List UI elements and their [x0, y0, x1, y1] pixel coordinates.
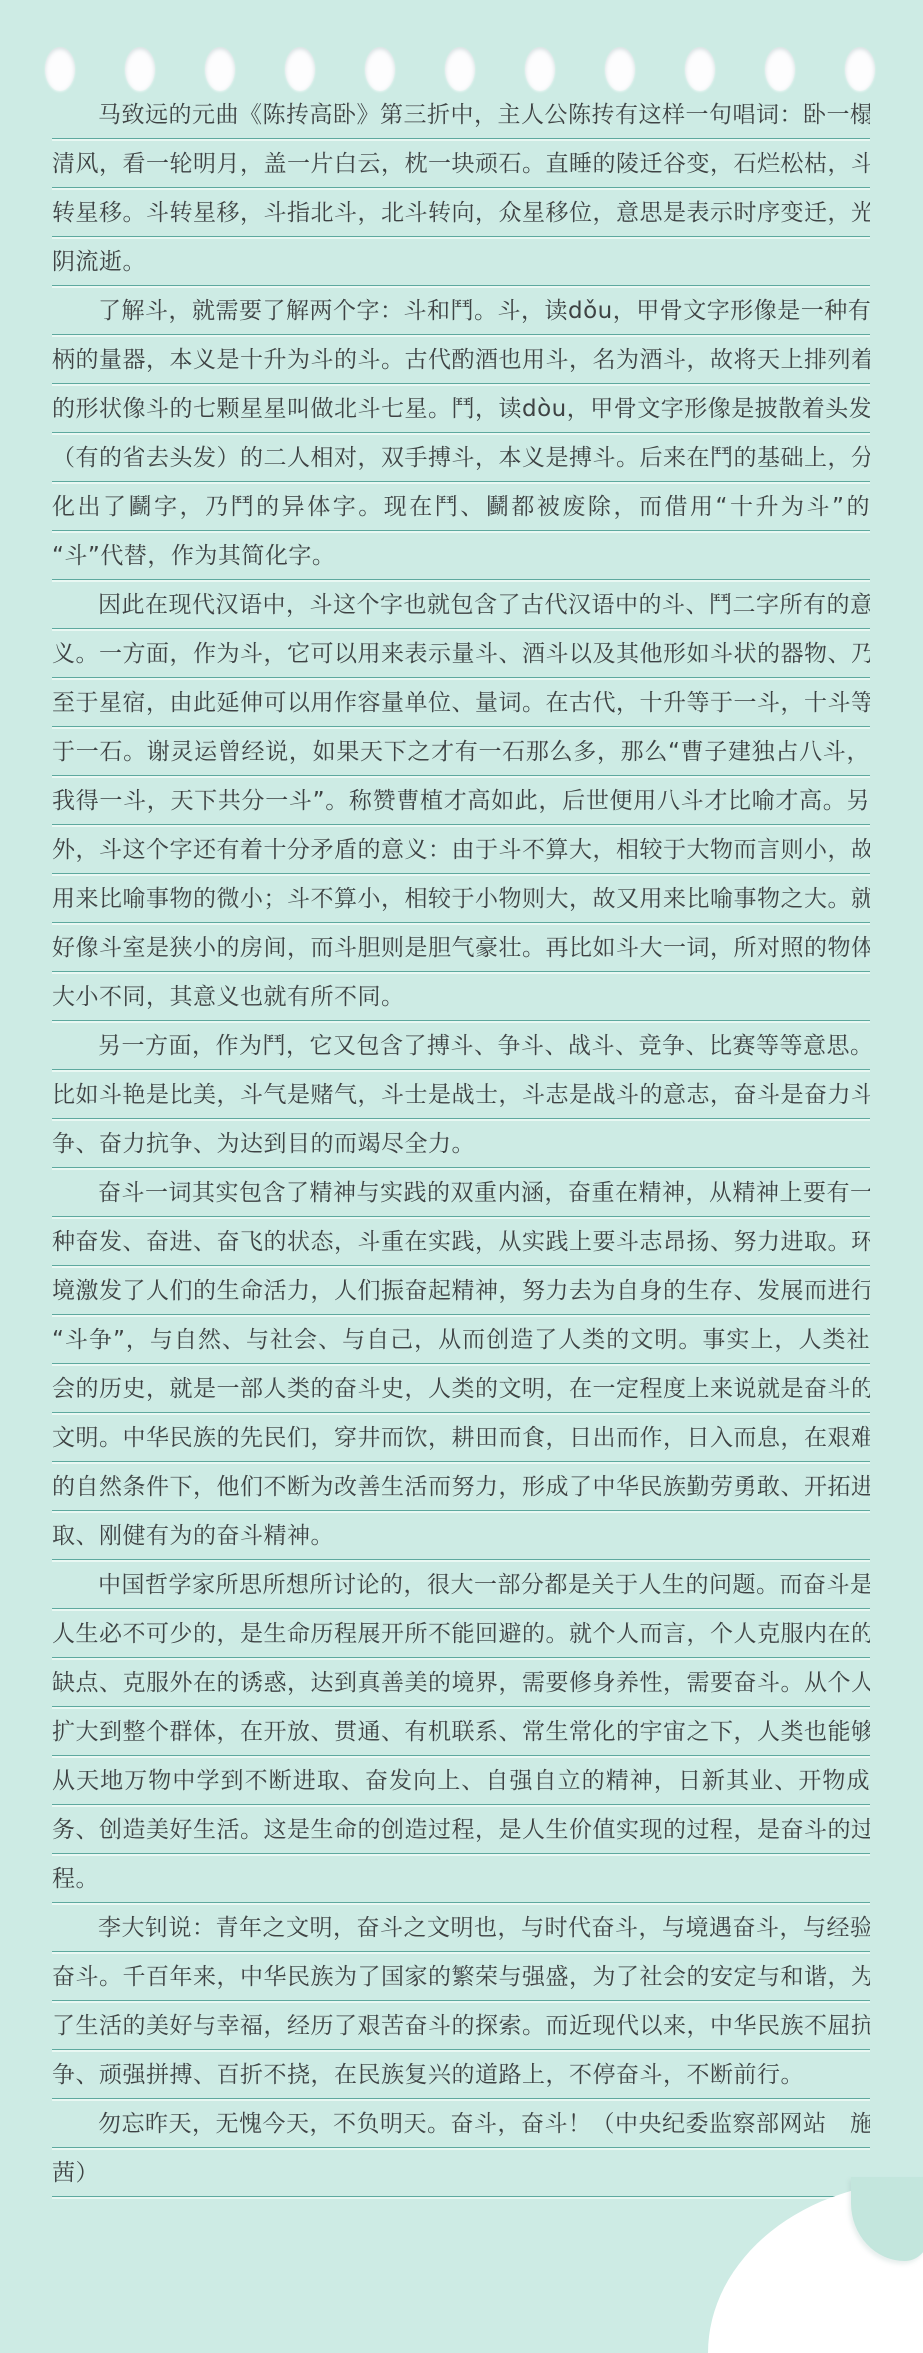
text-line: 比如斗艳是比美，斗气是赌气，斗士是战士，斗志是战斗的意志，奋斗是奋力斗 — [52, 1070, 870, 1119]
text-line: 柄的量器，本义是十升为斗的斗。古代酌酒也用斗，名为酒斗，故将天上排列着 — [52, 335, 870, 384]
text-line: 种奋发、奋进、奋飞的状态，斗重在实践，从实践上要斗志昂扬、努力进取。环 — [52, 1217, 870, 1266]
binding-hole — [365, 47, 395, 91]
text-line: 奋斗。千百年来，中华民族为了国家的繁荣与强盛，为了社会的安定与和谐，为 — [52, 1952, 870, 2001]
text-line: 程。 — [52, 1854, 870, 1903]
binding-hole — [765, 47, 795, 91]
text-line: 境激发了人们的生命活力，人们振奋起精神，努力去为自身的生存、发展而进行 — [52, 1266, 870, 1315]
binding-hole — [205, 47, 235, 91]
text-line: 转星移。斗转星移，斗指北斗，北斗转向，众星移位，意思是表示时序变迁，光 — [52, 188, 870, 237]
text-line: “斗争”，与自然、与社会、与自己，从而创造了人类的文明。事实上，人类社 — [52, 1315, 870, 1364]
text-line: 至于星宿，由此延伸可以用作容量单位、量词。在古代，十升等于一斗，十斗等 — [52, 678, 870, 727]
text-line: 因此在现代汉语中，斗这个字也就包含了古代汉语中的斗、鬥二字所有的意 — [52, 580, 870, 629]
text-line: 的自然条件下，他们不断为改善生活而努力，形成了中华民族勤劳勇敢、开拓进 — [52, 1462, 870, 1511]
text-line: 好像斗室是狭小的房间，而斗胆则是胆气豪壮。再比如斗大一词，所对照的物体 — [52, 923, 870, 972]
text-line: 中国哲学家所思所想所讨论的，很大一部分都是关于人生的问题。而奋斗是 — [52, 1560, 870, 1609]
text-line: 另一方面，作为鬥，它又包含了搏斗、争斗、战斗、竞争、比赛等等意思。 — [52, 1021, 870, 1070]
text-line: 从天地万物中学到不断进取、奋发向上、自强自立的精神，日新其业、开物成 — [52, 1756, 870, 1805]
text-line: 我得一斗，天下共分一斗”。称赞曹植才高如此，后世便用八斗才比喻才高。另 — [52, 776, 870, 825]
text-line: 了解斗，就需要了解两个字：斗和鬥。斗，读dǒu，甲骨文字形像是一种有 — [52, 286, 870, 335]
text-line: 的形状像斗的七颗星星叫做北斗七星。鬥，读dòu，甲骨文字形像是披散着头发 — [52, 384, 870, 433]
text-line: 茜） — [52, 2148, 870, 2197]
binding-hole — [125, 47, 155, 91]
text-line: 会的历史，就是一部人类的奋斗史，人类的文明，在一定程度上来说就是奋斗的 — [52, 1364, 870, 1413]
text-line: 李大钊说：青年之文明，奋斗之文明也，与时代奋斗，与境遇奋斗，与经验 — [52, 1903, 870, 1952]
text-line: 了生活的美好与幸福，经历了艰苦奋斗的探索。而近现代以来，中华民族不屈抗 — [52, 2001, 870, 2050]
text-line: 扩大到整个群体，在开放、贯通、有机联系、常生常化的宇宙之下，人类也能够 — [52, 1707, 870, 1756]
text-area: 马致远的元曲《陈抟高卧》第三折中，主人公陈抟有这样一句唱词：卧一榻清风，看一轮明… — [52, 90, 870, 2197]
text-line: 马致远的元曲《陈抟高卧》第三折中，主人公陈抟有这样一句唱词：卧一榻 — [52, 90, 870, 139]
binding-hole — [525, 47, 555, 91]
binding-hole — [605, 47, 635, 91]
text-line: 人生必不可少的，是生命历程展开所不能回避的。就个人而言，个人克服内在的 — [52, 1609, 870, 1658]
text-line: 勿忘昨天，无愧今天，不负明天。奋斗，奋斗！（中央纪委监察部网站 施希 — [52, 2099, 870, 2148]
binding-hole — [285, 47, 315, 91]
text-line: 奋斗一词其实包含了精神与实践的双重内涵，奋重在精神，从精神上要有一 — [52, 1168, 870, 1217]
text-line: 文明。中华民族的先民们，穿井而饮，耕田而食，日出而作，日入而息，在艰难 — [52, 1413, 870, 1462]
text-line: 争、奋力抗争、为达到目的而竭尽全力。 — [52, 1119, 870, 1168]
text-line: 化出了鬬字，乃鬥的异体字。现在鬥、鬬都被废除，而借用“十升为斗”的 — [52, 482, 870, 531]
text-line: 务、创造美好生活。这是生命的创造过程，是人生价值实现的过程，是奋斗的过 — [52, 1805, 870, 1854]
text-line: 清风，看一轮明月，盖一片白云，枕一块顽石。直睡的陵迁谷变，石烂松枯，斗 — [52, 139, 870, 188]
binding-hole — [685, 47, 715, 91]
text-line: 于一石。谢灵运曾经说，如果天下之才有一石那么多，那么“曹子建独占八斗， — [52, 727, 870, 776]
text-line: （有的省去头发）的二人相对，双手搏斗，本义是搏斗。后来在鬥的基础上，分 — [52, 433, 870, 482]
text-line: 缺点、克服外在的诱惑，达到真善美的境界，需要修身养性，需要奋斗。从个人 — [52, 1658, 870, 1707]
text-line: 外，斗这个字还有着十分矛盾的意义：由于斗不算大，相较于大物而言则小，故 — [52, 825, 870, 874]
binding-hole — [445, 47, 475, 91]
text-line: “斗”代替，作为其简化字。 — [52, 531, 870, 580]
text-line: 取、刚健有为的奋斗精神。 — [52, 1511, 870, 1560]
binding-hole — [45, 47, 75, 91]
text-line: 义。一方面，作为斗，它可以用来表示量斗、酒斗以及其他形如斗状的器物、乃 — [52, 629, 870, 678]
binding-hole — [845, 47, 875, 91]
text-line: 用来比喻事物的微小；斗不算小，相较于小物则大，故又用来比喻事物之大。就 — [52, 874, 870, 923]
text-line: 大小不同，其意义也就有所不同。 — [52, 972, 870, 1021]
text-line: 阴流逝。 — [52, 237, 870, 286]
text-line: 争、顽强拼搏、百折不挠，在民族复兴的道路上，不停奋斗，不断前行。 — [52, 2050, 870, 2099]
notebook-page: 马致远的元曲《陈抟高卧》第三折中，主人公陈抟有这样一句唱词：卧一榻清风，看一轮明… — [0, 0, 923, 2353]
